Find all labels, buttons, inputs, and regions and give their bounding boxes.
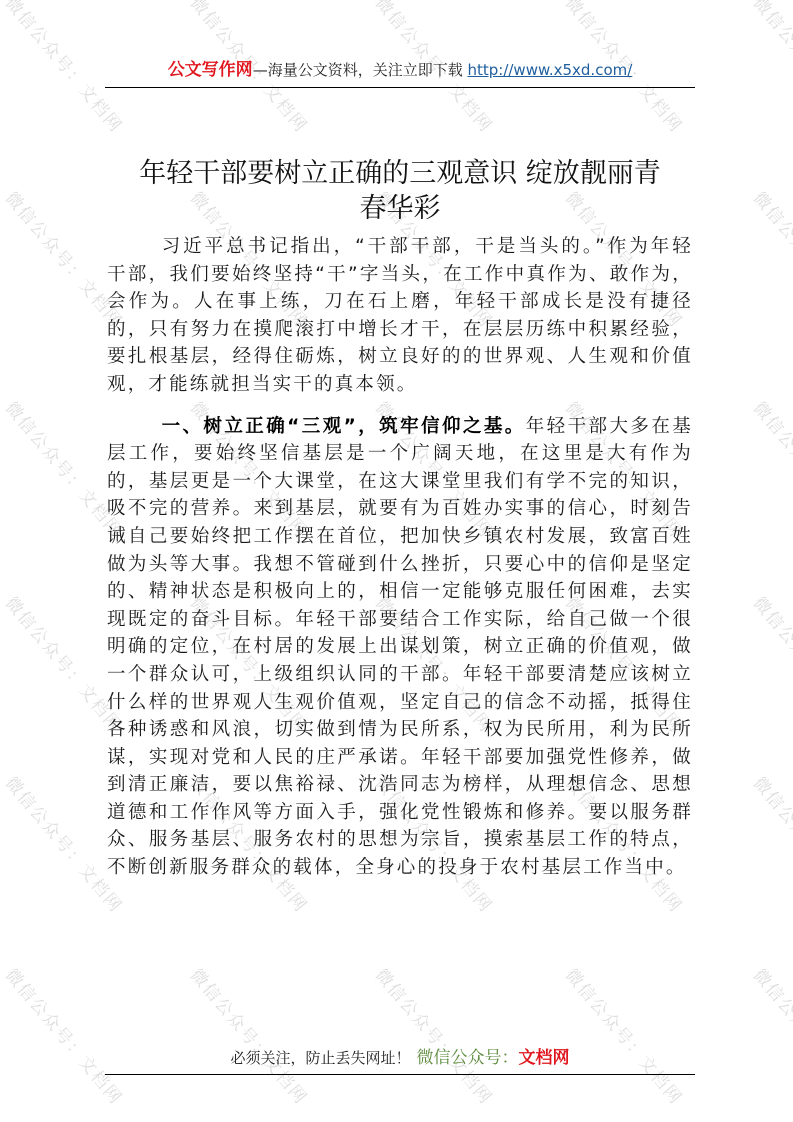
document-title: 年轻干部要树立正确的三观意识 绽放靓丽青 春华彩 [100,156,700,226]
title-line-1: 年轻干部要树立正确的三观意识 绽放靓丽青 [100,156,700,191]
page-header: 公文写作网—海量公文资料，关注立即下载 http://www.x5xd.com/ [105,57,695,88]
watermark: 微信公众号：文档网 [749,962,793,1109]
watermark: 微信公众号：文档网 [186,962,315,1109]
watermark: 微信公众号：文档网 [749,395,793,542]
header-tagline: —海量公文资料，关注立即下载 [253,61,468,79]
footer-note: 必须关注，防止丢失网址！ [230,1049,410,1067]
watermark: 微信公众号：文档网 [749,185,793,332]
paragraph-section-1: 一、树立正确“三观”，筑牢信仰之基。年轻干部大多在基层工作，要始终坚信基层是一个… [107,413,693,882]
page-footer: 必须关注，防止丢失网址！微信公众号：文档网 [105,1044,695,1075]
watermark: 微信公众号：文档网 [371,962,500,1109]
section-heading: 一、树立正确“三观”，筑牢信仰之基。 [162,416,526,437]
paragraph-intro: 习近平总书记指出，“干部干部，干是当头的。”作为年轻干部，我们要始终坚持“干”字… [107,233,693,399]
site-link[interactable]: http://www.x5xd.com/ [467,61,632,79]
brand-name: 公文写作网 [168,60,253,80]
document-body: 习近平总书记指出，“干部干部，干是当头的。”作为年轻干部，我们要始终坚持“干”字… [107,233,693,896]
watermark: 微信公众号：文档网 [1,962,130,1109]
watermark: 微信公众号：文档网 [749,770,793,917]
watermark: 微信公众号：文档网 [749,0,793,137]
watermark: 微信公众号：文档网 [749,590,793,737]
paragraph-text: 年轻干部大多在基层工作，要始终坚信基层是一个广阔天地，在这里是大有作为的，基层更… [107,416,693,879]
watermark: 微信公众号：文档网 [561,962,690,1109]
paragraph-text: 习近平总书记指出，“干部干部，干是当头的。”作为年轻干部，我们要始终坚持“干”字… [107,236,693,395]
title-line-2: 春华彩 [100,191,700,226]
footer-brand: 文档网 [519,1048,570,1068]
footer-wechat-label: 微信公众号： [417,1048,519,1068]
